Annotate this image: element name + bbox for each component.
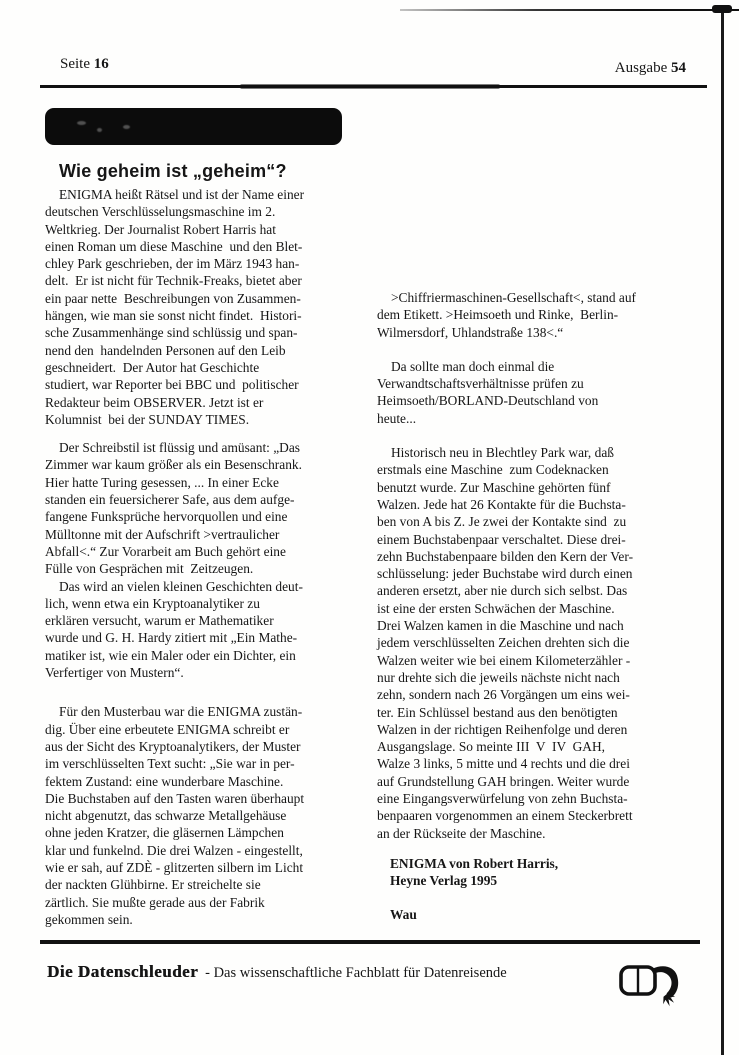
scan-edge-top	[400, 9, 739, 11]
left-column: ENIGMA heißt Rätsel und ist der Name ein…	[45, 186, 353, 928]
redaction-bar	[45, 108, 342, 145]
scan-speck	[123, 125, 130, 129]
scan-speck	[77, 121, 86, 125]
paragraph-musterbau: Für den Musterbau war die ENIGMA zustän-…	[45, 703, 353, 928]
scanned-page: Seite 16 Ausgabe 54 Wie geheim ist „gehe…	[0, 0, 739, 1055]
paragraph-etikett: >Chiffriermaschinen-Gesellschaft<, stand…	[377, 289, 685, 341]
masthead: Die Datenschleuder	[47, 962, 198, 982]
right-column: >Chiffriermaschinen-Gesellschaft<, stand…	[377, 186, 685, 928]
paragraph-blechtley: Historisch neu in Blechtley Park war, da…	[377, 444, 685, 842]
paragraph-schreibstil: Der Schreibstil ist flüssig und amüsant:…	[45, 439, 353, 577]
footer-tagline: - Das wissenschaftliche Fachblatt für Da…	[205, 965, 507, 982]
footer-rule	[40, 940, 700, 944]
slingshot-doodle-icon	[616, 960, 688, 1021]
page-number: Seite 16	[60, 56, 109, 73]
author-byline: Wau	[390, 906, 685, 923]
footer: Die Datenschleuder - Das wissenschaftlic…	[47, 962, 507, 982]
paragraph-geschichten: Das wird an vielen kleinen Geschichten d…	[45, 578, 353, 682]
paragraph-enigma-intro: ENIGMA heißt Rätsel und ist der Name ein…	[45, 186, 353, 428]
page-number-label: Seite	[60, 56, 90, 72]
issue-number-value: 54	[671, 60, 686, 76]
scan-edge-right	[721, 10, 724, 1055]
book-reference: ENIGMA von Robert Harris, Heyne Verlag 1…	[390, 855, 685, 890]
scan-speck	[97, 128, 102, 132]
article-title: Wie geheim ist „geheim“?	[59, 161, 287, 182]
paragraph-verwandtschaft: Da sollte man doch einmal die Verwandtsc…	[377, 358, 685, 427]
issue-number-label: Ausgabe	[615, 60, 668, 76]
article-body: ENIGMA heißt Rätsel und ist der Name ein…	[45, 186, 685, 928]
issue-number: Ausgabe 54	[615, 60, 686, 77]
page-number-value: 16	[94, 56, 109, 72]
scan-edge-corner	[712, 5, 732, 13]
header-rule	[40, 85, 707, 88]
